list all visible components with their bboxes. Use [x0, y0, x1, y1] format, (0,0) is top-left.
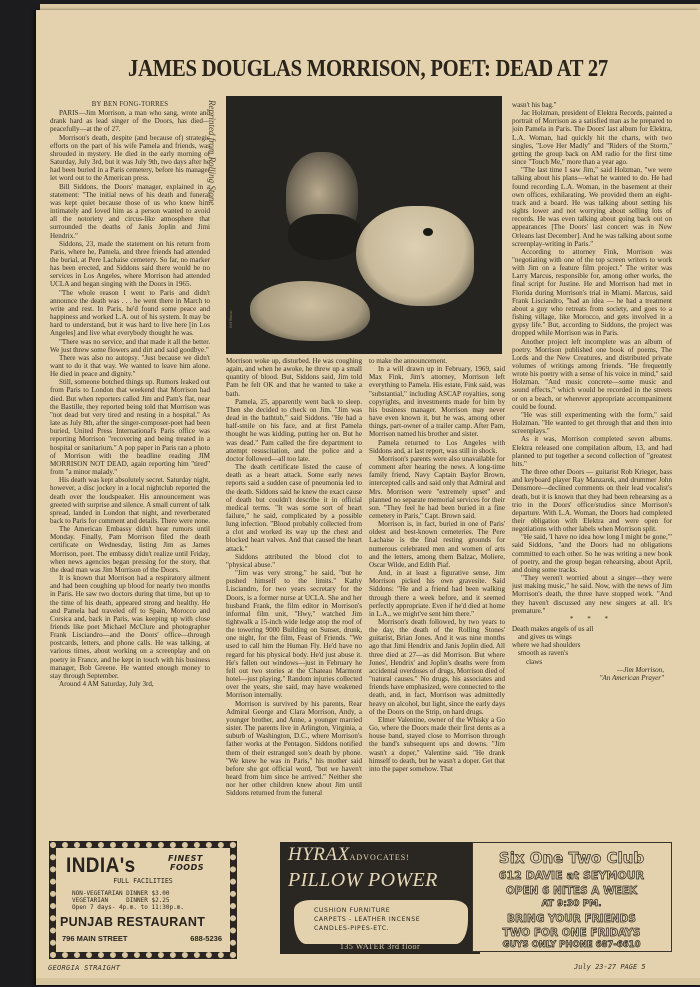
paragraph: "He was still experimenting with the for… — [512, 411, 672, 435]
ad-hyrax-name: HYRAXADVOCATES! — [288, 844, 410, 866]
paragraph: Pamela returned to Los Angeles with Sidd… — [369, 439, 505, 455]
poem-attribution: —Jim Morrison, — [512, 666, 672, 674]
ad-hyrax-slogan: PILLOW POWER — [288, 869, 438, 892]
section-separator: * * * — [512, 615, 672, 623]
paragraph: Morrison's death, despite (and because o… — [50, 134, 210, 183]
ad-india-address: 796 MAIN STREET — [62, 934, 127, 943]
paragraph: PARIS—Jim Morrison, a man who sang, wrot… — [50, 109, 210, 133]
paragraph: There was also no autopsy. "Just because… — [50, 354, 210, 378]
ad-six-fridays: TWO FOR ONE FRIDAYS — [473, 927, 670, 939]
paragraph: wasn't his bag." — [512, 101, 672, 109]
ad-six-footer: GUYS ONLY PHONE 687-6610 — [473, 940, 670, 950]
paragraph: His death was kept absolutely secret. Sa… — [50, 476, 210, 525]
issue-date-page: July 23-27 PAGE 5 — [574, 963, 646, 971]
ad-india-phone: 688-5236 — [190, 934, 222, 943]
paragraph: Pamela, 25, apparently went back to slee… — [226, 398, 362, 463]
ad-six-one-two-club: Six One Two Club 612 DAVIE at SEYMOUR OP… — [472, 842, 672, 952]
ad-hyrax-address: 135 WATER 3rd floor — [280, 942, 480, 951]
reprint-credit-text: Reprinted from Rolling Stone — [207, 100, 217, 205]
ad-india-facilities: FULL FACILITIES — [56, 877, 230, 885]
ad-six-name: Six One Two Club — [473, 849, 670, 867]
ad-punjab-restaurant: INDIA's FINEST FOODS FULL FACILITIES NON… — [50, 842, 236, 958]
morrison-photo: Jeff Simon — [226, 96, 502, 354]
photo-fur-shoulder — [250, 281, 370, 341]
ad-india-menu: NON-VEGETARIAN DINNER $3.00VEGETARIAN DI… — [72, 890, 184, 911]
paragraph: Morrison woke up, disturbed. He was coug… — [226, 357, 362, 398]
poem-line: where we had shoulders — [512, 641, 672, 649]
hyrax-brand: HYRAX — [288, 844, 350, 865]
paragraph: Morrison is survived by his parents, Rea… — [226, 700, 362, 798]
ad-hyrax: HYRAXADVOCATES! PILLOW POWER CUSHION FUR… — [280, 842, 480, 954]
paragraph: The death certificate listed the cause o… — [226, 463, 362, 553]
poem-line: smooth as raven's — [512, 649, 672, 657]
paragraph: Still, someone botched things up. Rumors… — [50, 378, 210, 476]
page-bottom-edge — [36, 978, 700, 985]
paragraph: Around 4 AM Saturday, July 3rd, — [50, 680, 210, 688]
article-column-2: Morrison woke up, disturbed. He was coug… — [226, 357, 362, 835]
poem-source: "An American Prayer" — [512, 674, 672, 682]
ad-india-tagline: FINEST FOODS — [168, 854, 204, 872]
paragraph: "They weren't worried about a singer—the… — [512, 574, 672, 615]
poem: Death makes angels of us all and gives u… — [512, 625, 672, 666]
photo-detail — [423, 228, 433, 236]
poem-line: claws — [512, 658, 672, 666]
paragraph: Morrison's death followed, by two years … — [369, 618, 505, 716]
photo-beard — [288, 214, 362, 260]
menu-line: NON-VEGETARIAN DINNER $3.00 — [72, 890, 184, 897]
paragraph: As it was, Morrison completed seven albu… — [512, 435, 672, 468]
paragraph: It is known that Morrison had a respirat… — [50, 574, 210, 680]
paragraph: The American Embassy didn't hear rumors … — [50, 525, 210, 574]
hyrax-item: CARPETS - LEATHER INCENSE — [314, 915, 420, 924]
article-column-1: BY BEN FONG-TORRES PARIS—Jim Morrison, a… — [50, 101, 210, 831]
paragraph: Siddons attributed the blood clot to "ph… — [226, 553, 362, 569]
paragraph: In a will drawn up in February, 1969, sa… — [369, 365, 505, 438]
hyrax-item: CUSHION FURNITURE — [314, 906, 420, 915]
tagline-line: FINEST — [168, 854, 204, 863]
paragraph: Jac Holzman, president of Elektra Record… — [512, 109, 672, 166]
photo-credit: Reprinted from Rolling Stone — [205, 100, 219, 270]
poem-line: Death makes angels of us all — [512, 625, 672, 633]
newspaper-page: JAMES DOUGLAS MORRISON, POET: DEAD AT 27… — [36, 10, 700, 985]
paragraph: to make the announcement. — [369, 357, 505, 365]
paragraph: The three other Doors — guitarist Rob Kr… — [512, 468, 672, 533]
tagline-line: FOODS — [168, 863, 204, 872]
byline: BY BEN FONG-TORRES — [50, 101, 210, 109]
ad-six-hours: OPEN 6 NITES A WEEK — [473, 885, 670, 897]
ad-hyrax-items: CUSHION FURNITURE CARPETS - LEATHER INCE… — [314, 906, 420, 933]
paragraph: And, in at least a figurative sense, Jim… — [369, 569, 505, 618]
headline: JAMES DOUGLAS MORRISON, POET: DEAD AT 27 — [82, 56, 653, 83]
paragraph: "He said, 'I have no idea how long I mig… — [512, 533, 672, 574]
paragraph: Morrison's parents were also unavailable… — [369, 455, 505, 520]
hours-line: Open 7 days- 4p.m. to 11:30p.m. — [72, 904, 184, 911]
hyrax-item: CANDLES-PIPES-ETC. — [314, 924, 420, 933]
paragraph: "There was no service, and that made it … — [50, 338, 210, 354]
ad-six-promo: BRING YOUR FRIENDS — [473, 913, 670, 925]
paragraph: Morrison is, in fact, buried in one of P… — [369, 520, 505, 569]
poem-line: and gives us wings — [512, 633, 672, 641]
hyrax-advocates: ADVOCATES! — [350, 853, 410, 862]
ad-six-address: 612 DAVIE at SEYMOUR — [473, 869, 670, 882]
menu-line: VEGETARIAN DINNER $2.25 — [72, 897, 184, 904]
photo-fur-collar — [356, 206, 474, 306]
paragraph: "The last time I saw Jim," said Holzman,… — [512, 166, 672, 248]
publication-name: GEORGIA STRAIGHT — [48, 964, 120, 972]
article-column-3: to make the announcement. In a will draw… — [369, 357, 505, 835]
paragraph: Bill Siddons, the Doors' manager, explai… — [50, 183, 210, 240]
ad-six-time: AT 9:30 PM. — [473, 899, 670, 909]
ad-india-restaurant-name: PUNJAB RESTAURANT — [60, 915, 205, 929]
paragraph: According to attorney Fink, Morrison was… — [512, 248, 672, 338]
ad-india-title: INDIA's — [66, 854, 136, 878]
paragraph: Another project left incomplete was an a… — [512, 338, 672, 411]
paragraph: "Jim was very strong," he said, "but he … — [226, 569, 362, 700]
paragraph: "The whole reason I went to Paris and di… — [50, 289, 210, 338]
paragraph: Siddons, 23, made the statement on his r… — [50, 240, 210, 289]
photographer-credit: Jeff Simon — [228, 311, 233, 328]
paragraph: Elmer Valentine, owner of the Whisky a G… — [369, 716, 505, 773]
article-column-4: wasn't his bag." Jac Holzman, president … — [512, 101, 672, 821]
